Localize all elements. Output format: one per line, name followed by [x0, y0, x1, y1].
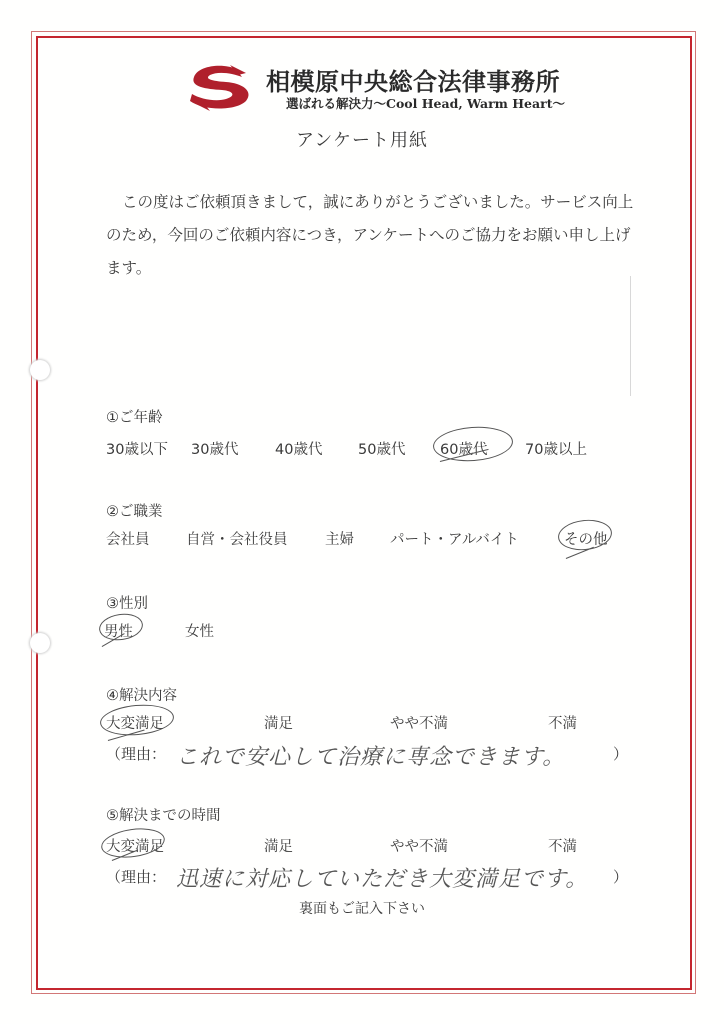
- option-somewhat-dissatisfied[interactable]: やや不満: [390, 712, 448, 733]
- question-time-label: ⑤解決までの時間: [106, 804, 221, 825]
- reason-handwritten-text[interactable]: これで安心して治療に専念できます。: [176, 740, 565, 771]
- blank-area: [312, 276, 631, 396]
- option-somewhat-dissatisfied[interactable]: やや不満: [390, 835, 448, 856]
- firm-tagline: 選ばれる解決力～Cool Head, Warm Heart～: [286, 94, 565, 112]
- option-satisfied[interactable]: 満足: [264, 835, 293, 856]
- punch-hole: [30, 633, 50, 653]
- reason-close-paren: ）: [613, 743, 628, 764]
- punch-hole: [30, 360, 50, 380]
- reason-label: （理由：: [106, 866, 166, 887]
- question-resolution-label: ④解決内容: [106, 684, 177, 705]
- intro-text: この度はご依頼頂きまして，誠にありがとうございました。サービス向上のため，今回の…: [106, 186, 638, 285]
- firm-name: 相模原中央総合法律事務所: [266, 62, 560, 97]
- option-occupation-employee[interactable]: 会社員: [106, 528, 150, 549]
- question-occupation-label: ②ご職業: [106, 500, 163, 521]
- reason-handwritten-text[interactable]: 迅速に対応していただき大変満足です。: [176, 862, 588, 893]
- question-gender-label: ③性別: [106, 592, 148, 613]
- option-dissatisfied[interactable]: 不満: [548, 712, 577, 733]
- option-age-over70[interactable]: 70歳以上: [525, 438, 587, 459]
- red-s-logo-icon: [186, 63, 254, 113]
- option-age-under30[interactable]: 30歳以下: [106, 438, 168, 459]
- document-title: アンケート用紙: [0, 126, 724, 152]
- option-satisfied[interactable]: 満足: [264, 712, 293, 733]
- option-gender-female[interactable]: 女性: [185, 620, 214, 641]
- option-age-30s[interactable]: 30歳代: [191, 438, 238, 459]
- option-occupation-homemaker[interactable]: 主婦: [325, 528, 354, 549]
- option-dissatisfied[interactable]: 不満: [548, 835, 577, 856]
- reason-close-paren: ）: [613, 866, 628, 887]
- option-occupation-self-employed[interactable]: 自営・会社役員: [186, 528, 288, 549]
- reason-label: （理由：: [106, 743, 166, 764]
- option-age-40s[interactable]: 40歳代: [275, 438, 322, 459]
- footer-note: 裏面もご記入下さい: [0, 898, 724, 918]
- option-occupation-part-time[interactable]: パート・アルバイト: [390, 528, 519, 549]
- question-age-label: ①ご年齢: [106, 406, 163, 427]
- option-age-50s[interactable]: 50歳代: [358, 438, 405, 459]
